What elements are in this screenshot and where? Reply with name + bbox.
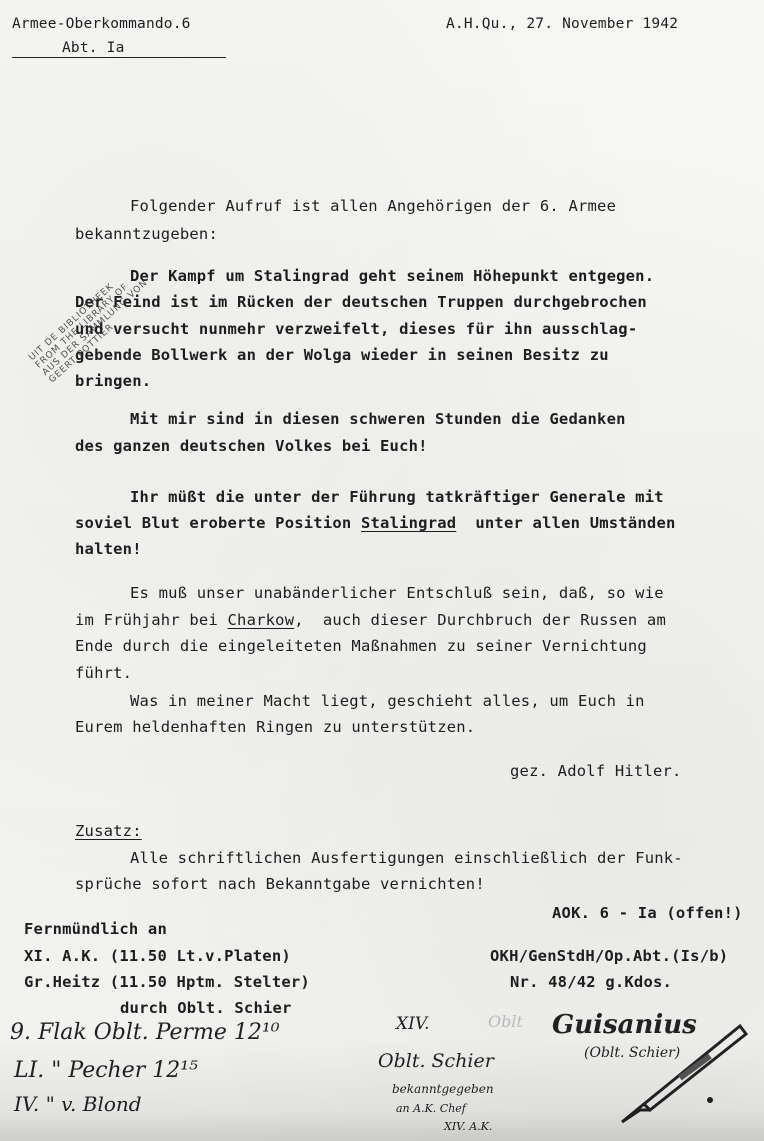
para3-line-2: soviel Blut eroberte Position Stalingrad… bbox=[75, 514, 676, 532]
addendum-label: Zusatz: bbox=[75, 822, 142, 840]
typed-signature: gez. Adolf Hitler. bbox=[510, 762, 682, 780]
para4-line-1: Es muß unser unabänderlicher Entschluß s… bbox=[130, 584, 664, 602]
text: , auch dieser Durchbruch der Russen am bbox=[294, 611, 666, 629]
department-header: Abt. Ia bbox=[62, 40, 125, 56]
distribution-line-3: Gr.Heitz (11.50 Hptm. Stelter) bbox=[24, 973, 310, 991]
handwritten-middle-line-1: XIV. bbox=[396, 1014, 430, 1034]
addendum-line-2: sprüche sofort nach Bekanntgabe vernicht… bbox=[75, 875, 485, 893]
header-underline bbox=[12, 57, 226, 58]
pen-drawing-icon bbox=[610, 1020, 750, 1130]
reference-office: OKH/GenStdH/Op.Abt.(Is/b) bbox=[490, 947, 728, 965]
para2-line-2: des ganzen deutschen Volkes bei Euch! bbox=[75, 437, 428, 455]
distribution-line-2: XI. A.K. (11.50 Lt.v.Platen) bbox=[24, 947, 291, 965]
distribution-line-4: durch Oblt. Schier bbox=[120, 999, 292, 1017]
handwritten-middle-line-3: bekanntgegeben bbox=[392, 1082, 494, 1096]
distribution-line-1: Fernmündlich an bbox=[24, 920, 167, 938]
intro-line-1: Folgender Aufruf ist allen Angehörigen d… bbox=[130, 197, 616, 215]
para2-line-1: Mit mir sind in diesen schweren Stunden … bbox=[130, 410, 626, 428]
para5-line-2: Eurem heldenhaften Ringen zu unterstütze… bbox=[75, 718, 475, 736]
handwritten-faded: Oblt bbox=[488, 1012, 523, 1031]
sender-header: Armee-Oberkommando.6 bbox=[12, 16, 191, 32]
handwritten-middle-line-5: XIV. A.K. bbox=[444, 1120, 492, 1133]
intro-line-2: bekanntzugeben: bbox=[75, 225, 218, 243]
handwritten-middle-line-2: Oblt. Schier bbox=[378, 1050, 494, 1072]
para4-line-2: im Frühjahr bei Charkow, auch dieser Dur… bbox=[75, 611, 666, 629]
reference-origin: AOK. 6 - Ia (offen!) bbox=[552, 904, 743, 922]
underlined-charkow: Charkow bbox=[228, 611, 295, 629]
reference-number: Nr. 48/42 g.Kdos. bbox=[510, 973, 672, 991]
handwritten-left-line-3: IV. " v. Blond bbox=[14, 1092, 142, 1116]
handwritten-left-line-1: 9. Flak Oblt. Perme 12¹⁰ bbox=[10, 1020, 280, 1045]
underlined-stalingrad: Stalingrad bbox=[361, 514, 456, 532]
place-date: A.H.Qu., 27. November 1942 bbox=[446, 16, 678, 32]
para3-line-1: Ihr müßt die unter der Führung tatkräfti… bbox=[130, 488, 664, 506]
addendum-line-1: Alle schriftlichen Ausfertigungen einsch… bbox=[130, 849, 683, 867]
text: soviel Blut eroberte Position bbox=[75, 514, 361, 532]
para4-line-3: Ende durch die eingeleiteten Maßnahmen z… bbox=[75, 637, 647, 655]
stamp-line: AUS DER SAMMLUNG VON bbox=[41, 237, 196, 378]
handwritten-left-line-2: LI. " Pecher 12¹⁵ bbox=[14, 1058, 198, 1083]
text: im Frühjahr bei bbox=[75, 611, 228, 629]
stamp-line: FROM THE LIBRARY OF bbox=[34, 229, 189, 370]
text: unter allen Umständen bbox=[456, 514, 675, 532]
handwritten-middle-line-4: an A.K. Chef bbox=[396, 1102, 466, 1115]
document-page: Armee-Oberkommando.6 Abt. Ia A.H.Qu., 27… bbox=[0, 0, 764, 1141]
para5-line-1: Was in meiner Macht liegt, geschieht all… bbox=[130, 692, 645, 710]
para3-line-3: halten! bbox=[75, 540, 142, 558]
para4-line-4: führt. bbox=[75, 664, 132, 682]
